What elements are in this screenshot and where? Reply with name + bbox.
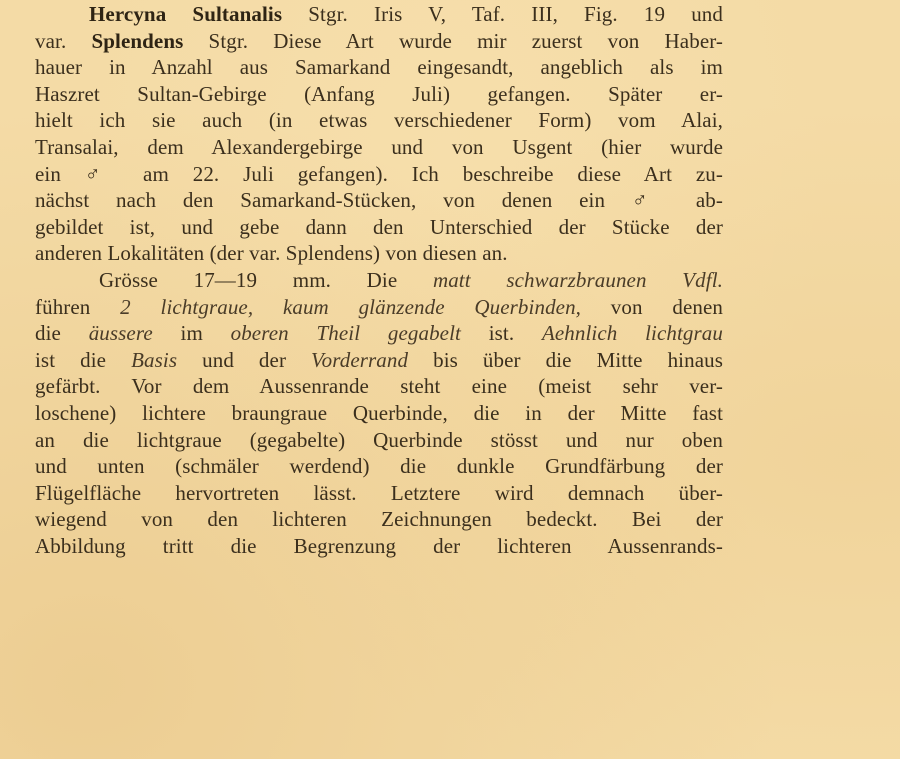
- text-segment: an die lichtgraue (gegabelte) Querbinde …: [35, 428, 723, 452]
- text-segment: Stgr. Iris V, Taf. III, Fig. 19 und: [282, 2, 723, 26]
- species-name: Hercyna Sultanalis: [89, 2, 282, 26]
- paragraph-morphology: Grösse 17—19 mm. Die matt schwarzbraunen…: [35, 267, 723, 560]
- text-line: loschene) lichtere braungraue Querbinde,…: [35, 400, 723, 427]
- text-segment: ist die: [35, 348, 131, 372]
- text-segment: im: [153, 321, 231, 345]
- text-line: hauer in Anzahl aus Samarkand eingesandt…: [35, 54, 723, 81]
- text-segment: und der: [177, 348, 311, 372]
- italic-term: Aehnlich lichtgrau: [542, 321, 723, 345]
- text-line: ist die Basis und der Vorderrand bis übe…: [35, 347, 723, 374]
- text-segment: ist.: [461, 321, 542, 345]
- italic-term: Vorderrand: [311, 348, 408, 372]
- italic-term: Basis: [131, 348, 177, 372]
- text-line: an die lichtgraue (gegabelte) Querbinde …: [35, 427, 723, 454]
- text-line: Haszret Sultan-Gebirge (Anfang Juli) gef…: [35, 81, 723, 108]
- italic-term: matt schwarzbraunen Vdfl.: [433, 268, 723, 292]
- text-segment: hielt ich sie auch (in etwas verschieden…: [35, 108, 723, 132]
- text-line: gebildet ist, und gebe dann den Untersch…: [35, 214, 723, 241]
- text-line: Transalai, dem Alexandergebirge und von …: [35, 134, 723, 161]
- text-line: führen 2 lichtgraue, kaum glänzende Quer…: [35, 294, 723, 321]
- text-segment: ein ♂ am 22. Juli gefangen). Ich beschre…: [35, 162, 723, 186]
- text-segment: Haszret Sultan-Gebirge (Anfang Juli) gef…: [35, 82, 723, 106]
- variety-name: Splendens: [91, 29, 183, 53]
- text-segment: Flügelfläche hervortreten lässt. Letzter…: [35, 481, 723, 505]
- text-line: hielt ich sie auch (in etwas verschieden…: [35, 107, 723, 134]
- text-segment: von denen: [581, 295, 723, 319]
- text-line: anderen Lokalitäten (der var. Splendens)…: [35, 240, 723, 267]
- text-line: und unten (schmäler werdend) die dunkle …: [35, 453, 723, 480]
- text-line: var. Splendens Stgr. Diese Art wurde mir…: [35, 28, 723, 55]
- text-segment: hauer in Anzahl aus Samarkand eingesandt…: [35, 55, 723, 79]
- italic-term: 2 lichtgraue, kaum glänzende Querbinden,: [120, 295, 581, 319]
- text-segment: führen: [35, 295, 120, 319]
- text-segment: nächst nach den Samarkand-Stücken, von d…: [35, 188, 723, 212]
- text-segment: anderen Lokalitäten (der var. Splendens)…: [35, 241, 508, 265]
- text-segment: gebildet ist, und gebe dann den Untersch…: [35, 215, 723, 239]
- text-segment: Stgr. Diese Art wurde mir zuerst von Hab…: [183, 29, 723, 53]
- text-line: die äussere im oberen Theil gegabelt ist…: [35, 320, 723, 347]
- text-segment: und unten (schmäler werdend) die dunkle …: [35, 454, 723, 478]
- text-segment: gefärbt. Vor dem Aussenrande steht eine …: [35, 374, 723, 398]
- text-line: nächst nach den Samarkand-Stücken, von d…: [35, 187, 723, 214]
- document-page: Hercyna Sultanalis Stgr. Iris V, Taf. II…: [35, 1, 723, 559]
- text-segment: loschene) lichtere braungraue Querbinde,…: [35, 401, 723, 425]
- text-line: ein ♂ am 22. Juli gefangen). Ich beschre…: [35, 161, 723, 188]
- text-segment: var.: [35, 29, 91, 53]
- text-line: Hercyna Sultanalis Stgr. Iris V, Taf. II…: [35, 1, 723, 28]
- text-segment: Transalai, dem Alexandergebirge und von …: [35, 135, 723, 159]
- text-segment: Abbildung tritt die Begrenzung der licht…: [35, 534, 723, 558]
- text-line: Abbildung tritt die Begrenzung der licht…: [35, 533, 723, 560]
- text-line: Grösse 17—19 mm. Die matt schwarzbraunen…: [35, 267, 723, 294]
- text-segment: bis über die Mitte hinaus: [408, 348, 723, 372]
- text-segment: die: [35, 321, 89, 345]
- text-line: Flügelfläche hervortreten lässt. Letzter…: [35, 480, 723, 507]
- text-segment: Grösse 17—19 mm. Die: [99, 268, 433, 292]
- italic-term: oberen Theil gegabelt: [231, 321, 461, 345]
- paragraph-species-description: Hercyna Sultanalis Stgr. Iris V, Taf. II…: [35, 1, 723, 267]
- text-line: gefärbt. Vor dem Aussenrande steht eine …: [35, 373, 723, 400]
- text-line: wiegend von den lichteren Zeichnungen be…: [35, 506, 723, 533]
- text-segment: wiegend von den lichteren Zeichnungen be…: [35, 507, 723, 531]
- italic-term: äussere: [89, 321, 153, 345]
